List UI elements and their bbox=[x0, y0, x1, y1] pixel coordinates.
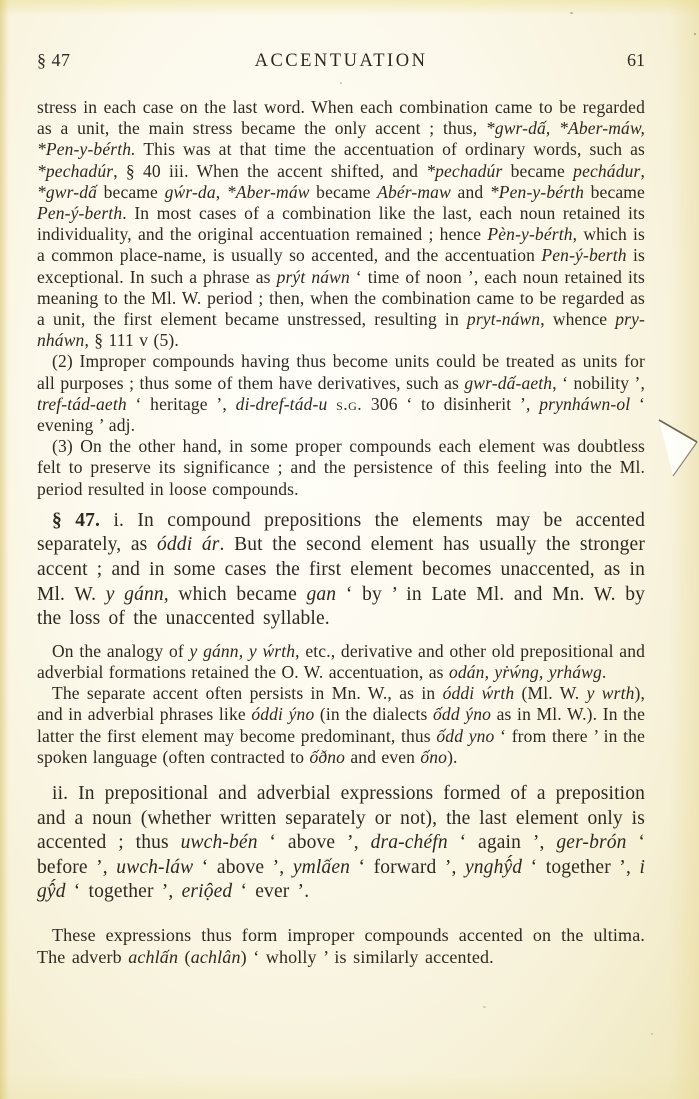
text-segment: and bbox=[451, 182, 490, 202]
text-segment: uwch-bén bbox=[181, 832, 258, 853]
paragraph-2: (2) Improper compounds having thus becom… bbox=[37, 351, 645, 436]
text-segment: ốdd yno bbox=[436, 726, 494, 746]
dust-speck bbox=[570, 12, 573, 14]
paragraph-8: These expressions thus form improper com… bbox=[37, 924, 645, 969]
text-segment: prýt náwn bbox=[277, 267, 350, 287]
text-segment: ‘ together ’, bbox=[522, 857, 639, 878]
text-segment: became bbox=[502, 161, 573, 181]
text-segment: prynháwn-ol bbox=[539, 394, 630, 414]
page-header: § 47 ACCENTUATION 61 bbox=[37, 50, 645, 72]
page-body: stress in each case on the last word. Wh… bbox=[37, 97, 645, 969]
paragraph-3: (3) On the other hand, in some proper co… bbox=[37, 436, 645, 500]
text-segment: § 47. bbox=[52, 510, 100, 531]
text-segment: ‘ ever ’. bbox=[232, 881, 309, 902]
text-segment: became bbox=[310, 182, 378, 202]
book-page: § 47 ACCENTUATION 61 stress in each case… bbox=[0, 0, 699, 1099]
text-segment: eriộed bbox=[182, 881, 233, 902]
text-segment: , whence bbox=[540, 309, 615, 329]
text-segment: , which became bbox=[164, 584, 307, 605]
paragraph-7: ii. In prepositional and adverbial expre… bbox=[37, 782, 645, 905]
text-segment: ger-brón bbox=[556, 832, 626, 853]
paragraph-1: stress in each case on the last word. Wh… bbox=[37, 97, 645, 351]
text-segment: (Ml. W. bbox=[514, 683, 586, 703]
text-segment: , bbox=[216, 182, 227, 202]
text-segment bbox=[327, 394, 336, 414]
text-segment: gan bbox=[307, 584, 337, 605]
dust-speck bbox=[483, 1006, 486, 1008]
text-segment: y gánn bbox=[106, 584, 164, 605]
text-segment: , § 40 iii. When the accent shifted, and bbox=[113, 161, 426, 181]
text-segment: pryt-náwn bbox=[467, 309, 540, 329]
text-segment: pechádur bbox=[573, 161, 640, 181]
text-segment: ( bbox=[178, 947, 191, 967]
text-segment: This was at that time the accentuation o… bbox=[136, 139, 645, 159]
text-segment: óddi ár bbox=[157, 534, 219, 555]
text-segment: gẃr-da bbox=[165, 182, 216, 202]
text-segment: , ‘ nobility ’, bbox=[552, 373, 645, 393]
text-segment: ‘ heritage ’, bbox=[127, 394, 236, 414]
text-segment: ốðno bbox=[309, 747, 345, 767]
text-segment: di-dref-tád-u bbox=[236, 394, 328, 414]
text-segment: achlân bbox=[191, 947, 241, 967]
text-segment: uwch-láw bbox=[116, 857, 193, 878]
text-segment: ‘ together ’, bbox=[66, 881, 182, 902]
text-segment: . bbox=[602, 662, 607, 682]
text-segment: became bbox=[584, 182, 645, 202]
page-number: 61 bbox=[427, 50, 645, 71]
text-segment: *pechadúr bbox=[37, 161, 113, 181]
page-title: ACCENTUATION bbox=[255, 51, 428, 72]
text-segment: y wrth bbox=[587, 683, 635, 703]
text-segment: odán, yṙẃng, yrháwg bbox=[449, 662, 602, 682]
text-segment: Pen-ý-berth bbox=[541, 245, 626, 265]
text-segment: ) ‘ wholly ’ is similarly accented. bbox=[241, 947, 494, 967]
text-segment: 306 ‘ to disinherit ’, bbox=[362, 394, 539, 414]
dust-speck bbox=[651, 1033, 653, 1035]
text-segment: ốdd ýno bbox=[433, 704, 491, 724]
text-segment: *pechadúr bbox=[426, 161, 502, 181]
text-segment: The separate accent often persists in Mn… bbox=[52, 683, 443, 703]
text-segment: achlấn bbox=[128, 947, 178, 967]
text-segment: *gwr-dấ bbox=[37, 182, 97, 202]
text-segment: *Aber-máw bbox=[227, 182, 310, 202]
text-segment: On the analogy of bbox=[52, 641, 190, 661]
paragraph-6: The separate accent often persists in Mn… bbox=[37, 683, 645, 768]
text-segment: ‘ above ’, bbox=[258, 832, 371, 853]
text-segment: y gánn, y ẃrth bbox=[190, 641, 296, 661]
text-segment: dra-chéfn bbox=[371, 832, 448, 853]
paragraph-4: § 47. i. In compound prepositions the el… bbox=[37, 509, 645, 632]
text-segment: , bbox=[640, 161, 645, 181]
text-segment: s.g. bbox=[336, 394, 362, 414]
text-segment: óddi ẃrth bbox=[443, 683, 515, 703]
paper-tear-icon bbox=[651, 414, 699, 486]
text-segment: ‘ above ’, bbox=[193, 857, 292, 878]
dust-speck bbox=[694, 33, 696, 35]
section-mark: § 47 bbox=[37, 50, 255, 71]
text-segment: ‘ forward ’, bbox=[350, 857, 465, 878]
text-segment: Pèn-y-bérth bbox=[487, 224, 572, 244]
text-segment: (3) On the other hand, in some proper co… bbox=[37, 436, 645, 498]
text-segment: ynghŷ́d bbox=[465, 857, 522, 878]
text-segment: ‘ again ’, bbox=[448, 832, 557, 853]
text-segment: and even bbox=[345, 747, 420, 767]
text-segment: ymlấen bbox=[293, 857, 350, 878]
text-segment: gwr-dấ-aeth bbox=[464, 373, 552, 393]
text-segment: ốno bbox=[420, 747, 447, 767]
text-segment: became bbox=[97, 182, 165, 202]
text-segment: ). bbox=[447, 747, 458, 767]
text-segment: *Pen-y-bérth bbox=[490, 182, 584, 202]
dust-speck bbox=[340, 82, 342, 84]
text-segment: (in the dialects bbox=[314, 704, 433, 724]
text-segment: , § 111 v (5). bbox=[84, 330, 178, 350]
text-segment: Abér-maw bbox=[377, 182, 451, 202]
paragraph-5: On the analogy of y gánn, y ẃrth, etc., … bbox=[37, 641, 645, 683]
text-segment: óddi ýno bbox=[251, 704, 314, 724]
text-segment: tref-tád-aeth bbox=[37, 394, 127, 414]
text-segment: Pen-ý-berth bbox=[37, 203, 122, 223]
